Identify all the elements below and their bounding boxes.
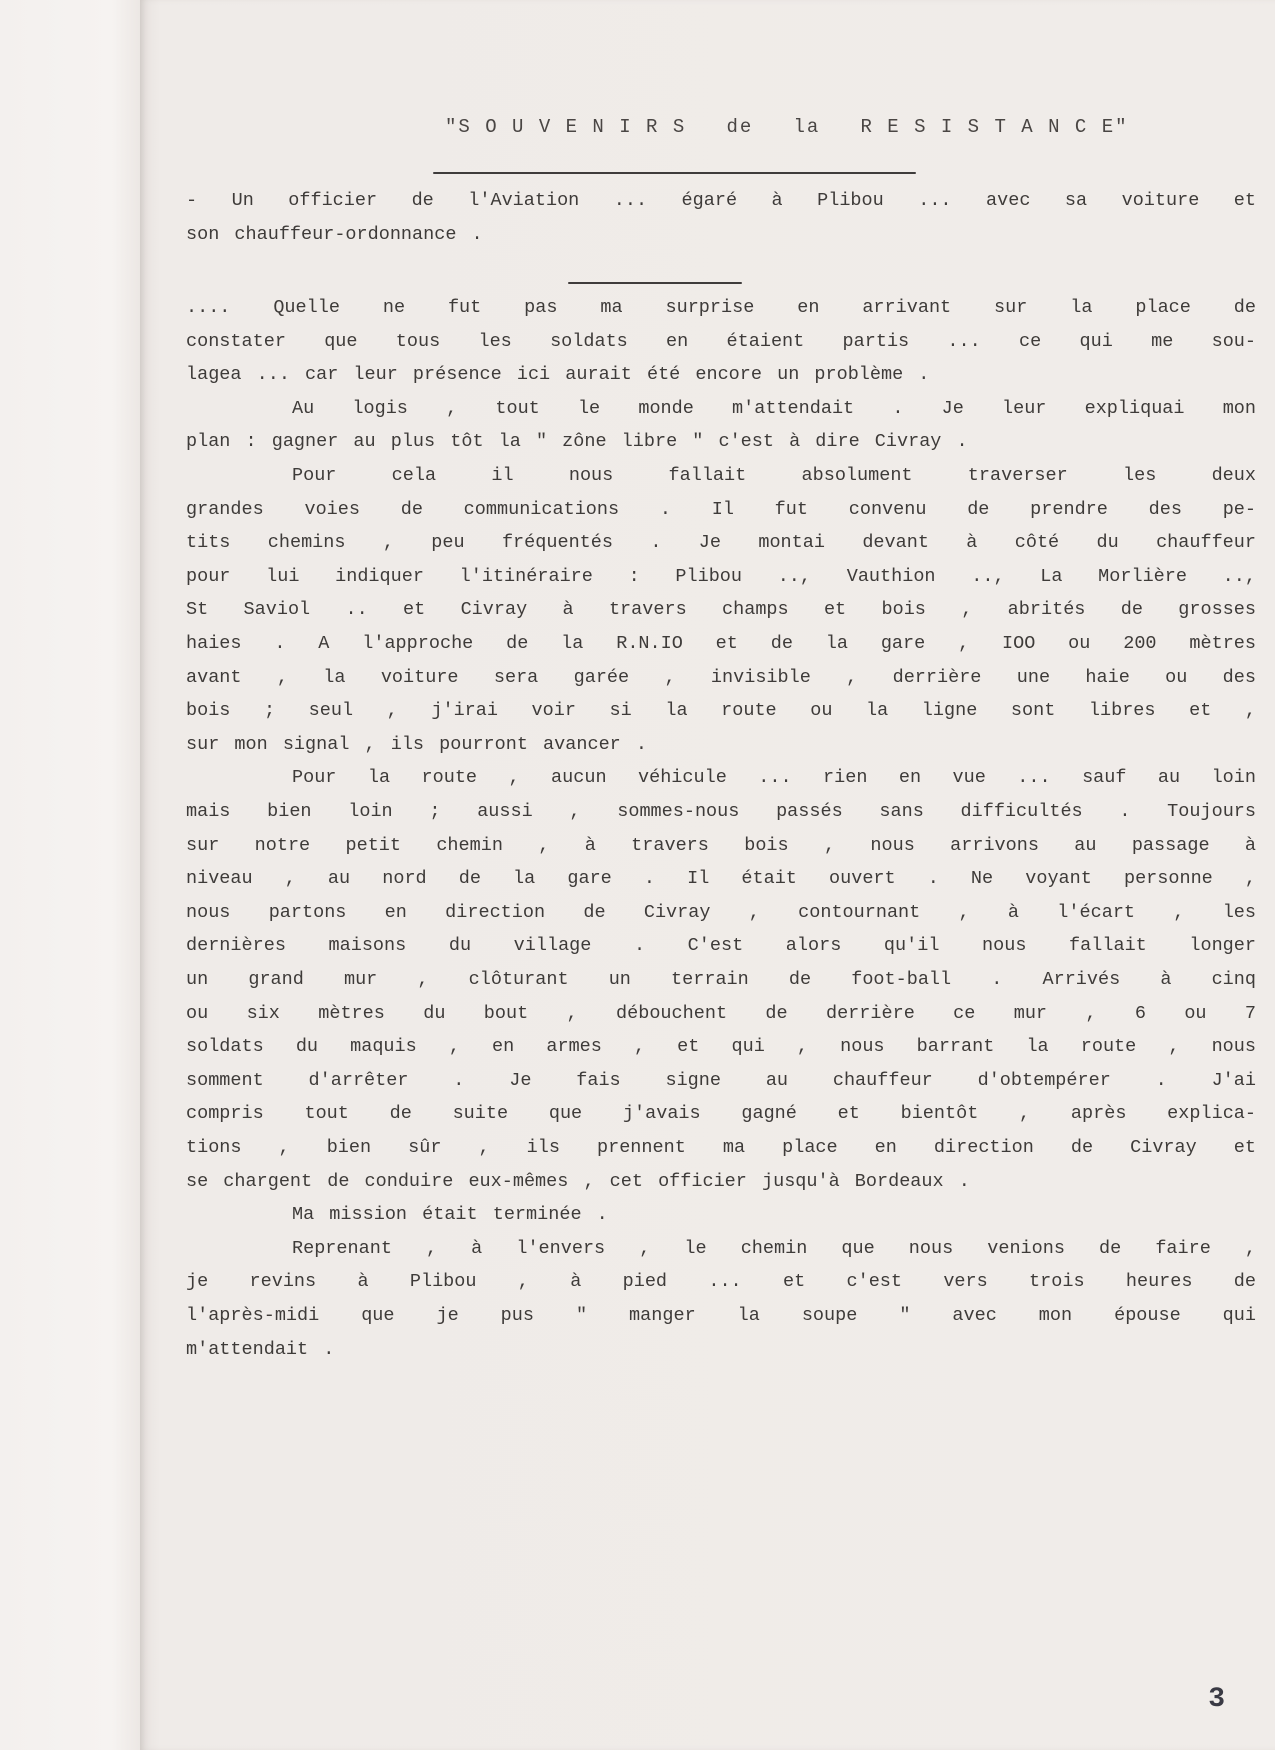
body-line: mais bien loin ; aussi , sommes-nous pas…: [186, 801, 1256, 822]
body-line: plan : gagner au plus tôt la " zône libr…: [186, 431, 1256, 452]
body-line: sur mon signal , ils pourront avancer .: [186, 734, 1256, 755]
body-line: Pour cela il nous fallait absolument tra…: [186, 465, 1256, 486]
title-underline-rule: [433, 172, 916, 174]
subtitle-line: son chauffeur-ordonnance .: [186, 224, 1256, 245]
typewritten-page: "S O U V E N I R S de la R E S I S T A N…: [140, 0, 1275, 1750]
body-line: Au logis , tout le monde m'attendait . J…: [186, 398, 1256, 419]
body-line: m'attendait .: [186, 1339, 1256, 1360]
body-line: Ma mission était terminée .: [186, 1204, 1256, 1225]
body-line: Reprenant , à l'envers , le chemin que n…: [186, 1238, 1256, 1259]
body-line: constater que tous les soldats en étaien…: [186, 331, 1256, 352]
page-number: 3: [1208, 1684, 1225, 1715]
subtitle-line: - Un officier de l'Aviation ... égaré à …: [186, 190, 1256, 211]
document-title: "S O U V E N I R S de la R E S I S T A N…: [445, 116, 1129, 138]
body-line: lagea ... car leur présence ici aurait é…: [186, 364, 1256, 385]
body-line: somment d'arrêter . Je fais signe au cha…: [186, 1070, 1256, 1091]
body-line: un grand mur , clôturant un terrain de f…: [186, 969, 1256, 990]
body-line: pour lui indiquer l'itinéraire : Plibou …: [186, 566, 1256, 587]
body-line: grandes voies de communications . Il fut…: [186, 499, 1256, 520]
body-line: sur notre petit chemin , à travers bois …: [186, 835, 1256, 856]
body-line: St Saviol .. et Civray à travers champs …: [186, 599, 1256, 620]
body-line: tits chemins , peu fréquentés . Je monta…: [186, 532, 1256, 553]
body-line: je revins à Plibou , à pied ... et c'est…: [186, 1271, 1256, 1292]
body-line: se chargent de conduire eux-mêmes , cet …: [186, 1171, 1256, 1192]
body-line: bois ; seul , j'irai voir si la route ou…: [186, 700, 1256, 721]
body-line: dernières maisons du village . C'est alo…: [186, 935, 1256, 956]
body-line: Pour la route , aucun véhicule ... rien …: [186, 767, 1256, 788]
body-line: ou six mètres du bout , débouchent de de…: [186, 1003, 1256, 1024]
body-line: tions , bien sûr , ils prennent ma place…: [186, 1137, 1256, 1158]
body-line: haies . A l'approche de la R.N.IO et de …: [186, 633, 1256, 654]
body-line: nous partons en direction de Civray , co…: [186, 902, 1256, 923]
adjacent-page-edge: [0, 0, 140, 1750]
body-line: l'après-midi que je pus " manger la soup…: [186, 1305, 1256, 1326]
body-line: compris tout de suite que j'avais gagné …: [186, 1103, 1256, 1124]
body-line: .... Quelle ne fut pas ma surprise en ar…: [186, 297, 1256, 318]
body-line: soldats du maquis , en armes , et qui , …: [186, 1036, 1256, 1057]
section-divider-rule: [568, 282, 742, 284]
body-line: avant , la voiture sera garée , invisibl…: [186, 667, 1256, 688]
body-line: niveau , au nord de la gare . Il était o…: [186, 868, 1256, 889]
